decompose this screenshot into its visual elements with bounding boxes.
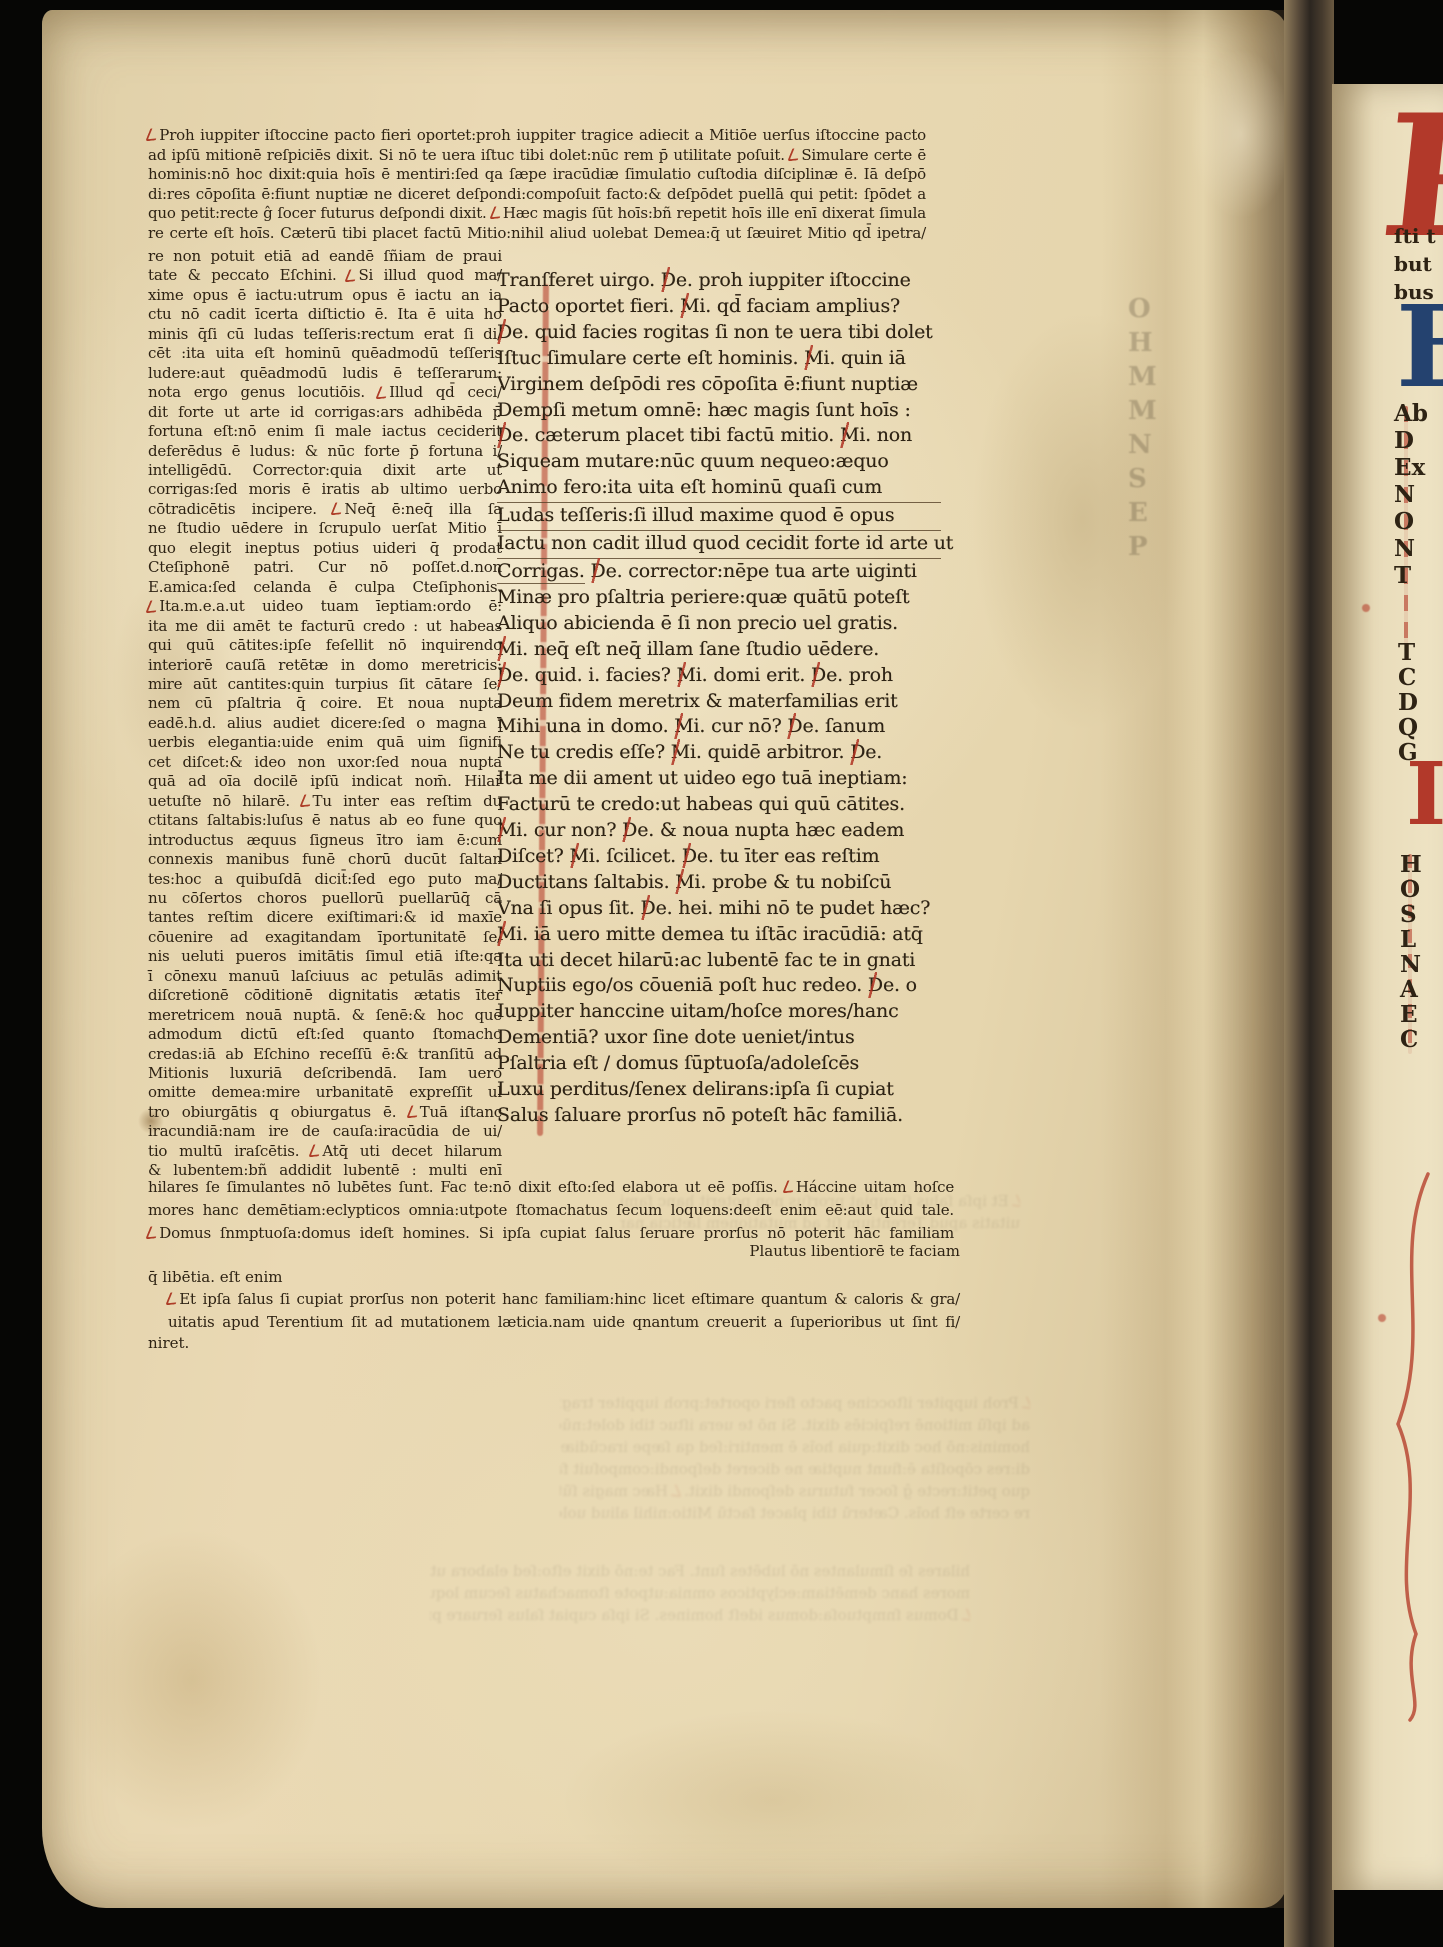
text-line: E [1400,1002,1422,1027]
text-line: Cteſiphonē patri. Cur nō poſſet.d.non [148,558,502,577]
speaker-abbreviation: De. [497,321,529,343]
text-line: Deum fidem meretrix & materfamilias erit [497,689,941,715]
text-line: De. cæterum placet tibi factū mitio. Mi.… [497,423,941,449]
speaker-abbreviation: Mi. [497,819,528,841]
text-line: C [1398,665,1418,690]
commentary-left-column: re non potuit etiā ad eandē ſñiam de pra… [148,247,502,1181]
text-line: D [1394,427,1428,454]
text-line: Ita uti decet hilarū:ac lubentē fac te i… [497,948,941,974]
text-line: Ab [1394,400,1428,427]
speaker-abbreviation: Mi. [671,741,702,763]
text-line: cet diſcet:& ideo non uxor:ſed noua nupt… [148,753,502,772]
text-line: hominis:nō hoc dixit:quia hoīs ē mentiri… [560,1436,1030,1458]
text-line: Dempſi metum omnē: hæc magis ſunt hoīs : [497,398,941,424]
text-line: re certe eſt hoīs. Cæterū tibi placet fa… [560,1502,1030,1524]
showthrough-initials: OHMMNSEP [1128,292,1157,564]
speaker-abbreviation: De. [811,664,843,686]
rubric-paragraph-mark [299,794,314,808]
text-line: hilares ſe ſimulantes nō lubētes ſunt. F… [148,1176,954,1199]
catchline: Plautus libentiorē te faciam [148,1242,960,1260]
text-line: Tranſferet uirgo. De. proh iuppiter iſto… [497,268,941,294]
speaker-abbreviation: De. [591,560,623,582]
speaker-abbreviation: Mi. [675,871,706,893]
text-line: minis q̄ſi cū ludas teſſeris:rectum erat… [148,325,502,344]
speaker-abbreviation: Mi. [804,347,835,369]
speaker-abbreviation: Mi. [674,715,705,737]
text-line: ī cōnexu manuū laſciuus ac petulās adimi… [148,967,502,986]
text-line: Mi. cur non? De. & noua nupta hæc eadem [497,818,941,844]
paper-stain [62,1530,322,1830]
catchline-text: Plautus libentiorē te faciam [749,1242,960,1260]
text-line: diſcretionē cōditionē dignitatis ætatis … [148,986,502,1005]
speaker-abbreviation: De. [497,664,529,686]
text-line: quo petit:recte ĝ ſocer futurus deſpondi… [148,204,926,224]
illuminated-initial-blue: B [1396,292,1443,404]
text-line: Diſcet? Mi. ſcilicet. De. tu īter eas re… [497,844,941,870]
text-line: N [1400,952,1422,977]
text-line: eadē.h.d. alius audiet dicere:ſed o magn… [148,714,502,733]
text-line: De. quid. i. facies? Mi. domi erit. De. … [497,663,941,689]
red-speck [1378,1314,1386,1322]
text-line: qui quū cātites:ipſe feſellit nō inquire… [148,636,502,655]
text-line: connexis manibus funē chorū ducūt ſaltan [148,850,502,869]
text-line: Proh iuppiter iſtoccine pacto fieri opor… [560,1392,1030,1414]
speaker-abbreviation: De. [787,715,819,737]
closing-block: Et ipſa ſalus ſi cupiat prorſus non pote… [168,1288,960,1334]
text-line: ſti t [1394,222,1436,250]
text-line: uitatis apud Terentium ſit ad mutationem… [168,1311,960,1334]
text-line: M [1128,394,1157,428]
text-line: S [1128,462,1157,496]
text-line: ne ſtudio uēdere in ſcrupulo uerſat Miti… [148,519,502,538]
speaker-abbreviation: De. [682,845,714,867]
speaker-abbreviation: De. [661,269,693,291]
text-line: re non potuit etiā ad eandē ſñiam de pra… [148,247,502,266]
red-pen-flourish [1332,1164,1443,1724]
text-line: di:res cōpoſita ē:fiunt nuptiæ ne dicere… [560,1458,1030,1480]
text-line: N [1128,428,1157,462]
speaker-abbreviation: Mi. [497,638,528,660]
text-line: mire aūt cantites:quin turpius ſit cātar… [148,675,502,694]
text-line: hilares ſe ſimulantes nō lubētes ſunt. F… [430,1560,970,1582]
text-line: De. quid facies rogitas ſi non te uera t… [497,320,941,346]
rubric-paragraph-mark [1017,1396,1030,1410]
text-line: Minæ pro pſaltria periere:quæ quātū pote… [497,585,941,611]
text-line: H [1400,852,1422,877]
text-line: M [1128,360,1157,394]
rubric-paragraph-mark [667,1484,682,1498]
text-line: E.amica:ſed celanda ē culpa Cteſiphonis. [148,578,502,597]
text-line: uerbis elegantia:uide enim quā uim ſigni… [148,733,502,752]
rubric-paragraph-mark [145,1226,160,1240]
text-line: O [1400,877,1422,902]
rubric-paragraph-mark [145,128,160,142]
text-line: Facturū te credo:ut habeas qui quū cātit… [497,792,941,818]
text-line: N [1394,481,1428,508]
facing-capital-column: AbDExNONT [1394,400,1428,589]
text-line: mores hanc demētiam:eclypticos omnia:utp… [148,1199,954,1222]
text-line: D [1398,690,1418,715]
text-line: ad ipſū mitionē reſpiciēs dixit. Si nō t… [148,146,926,166]
rubric-paragraph-mark [1007,1194,1020,1208]
text-line: Siqueam mutare:nūc quum nequeo:æquo [497,449,941,475]
text-line: Animo fero:ita uita eſt hominū quaſi cum [497,475,941,503]
text-line: mores hanc demētiam:eclypticos omnia:utp… [430,1582,970,1604]
text-line: Ne tu credis eſſe? Mi. quidē arbitror. D… [497,740,941,766]
rubric-paragraph-mark [787,147,802,161]
text-line: Pſaltria eſt / domus ſūptuoſa/adoleſcēs [497,1051,941,1077]
text-line: L [1400,927,1422,952]
text-line: Aliquo abicienda ē ſi non precio uel gra… [497,611,941,637]
text-line: Ludas teſſeris:ſi illud maxime quod ē op… [497,503,941,531]
red-speck [1362,604,1370,612]
speaker-abbreviation: De. [622,819,654,841]
text-line: O [1128,292,1157,326]
corner-fold-highlight [1122,50,1292,330]
rubric-paragraph-mark [345,268,360,282]
text-line: quā ad oīa docilē ipſū indicat nom̄. Hil… [148,772,502,791]
text-line: Q [1398,715,1418,740]
text-line: Luxu perditus/ſenex delirans:ipſa ſi cup… [497,1077,941,1103]
rubric-paragraph-mark [489,206,504,220]
text-line: cōtradicētis incipere. Neq̄ ē:neq̄ illa … [148,500,502,519]
text-line: A [1400,977,1422,1002]
text-line: iracundiā:nam ire de cauſa:iracūdia de u… [148,1122,502,1141]
rubric-paragraph-mark [782,1180,797,1194]
text-line: hominis:nō hoc dixit:quia hoīs ē mentiri… [148,165,926,185]
text-line: Mitionis luxuriā deſcribendā. Iam uero [148,1064,502,1083]
text-line: Ita.m.e.a.ut uideo tuam īeptiam:ordo ē: [148,597,502,616]
text-line: Ita me dii ament ut uideo ego tuā inepti… [497,766,941,792]
text-line: Mi. iā uero mitte demea tu iſtāc iracūdi… [497,922,941,948]
text-line: nis ueluti pueros imitātis ſimul etiā iſ… [148,947,502,966]
text-line: Vna ſi opus ſit. De. hei. mihi nō te pud… [497,896,941,922]
text-line: corrigas:ſed moris ē iratis ab ultimo ue… [148,480,502,499]
text-line: tes:hoc a quibuſdā dicit̄:ſed ego puto m… [148,870,502,889]
speaker-abbreviation: Mi. [840,424,871,446]
text-line: Salus ſaluare prorſus nō poteſt hāc fami… [497,1103,941,1129]
text-line: Ex [1394,454,1428,481]
speaker-abbreviation: Mi. [677,664,708,686]
text-line: tate & peccato Eſchini. Si illud quod ma… [148,266,502,285]
showthrough-text: Proh iuppiter iſtoccine pacto fieri opor… [560,1392,1030,1562]
text-line: deferēdus ē ludus: & nūc forte p̄ fortun… [148,442,502,461]
text-line: introductus æquus ſigneus ītro iam ē:cum [148,831,502,850]
text-line: di:res cōpoſita ē:fiunt nuptiæ ne dicere… [148,185,926,205]
text-line: ctitans ſaltabis:luſus ē natus ab eo fun… [148,811,502,830]
text-line: omitte demea:mire urbanitatē expreſſit u… [148,1083,502,1102]
text-line: tantes reſtim dicere exiſtimari:& id max… [148,908,502,927]
text-line: Virginem deſpōdi res cōpoſita ē:fiunt nu… [497,372,941,398]
rubric-paragraph-mark [145,599,160,613]
text-line: tio multū iraſcētis. Atq̄ uti decet hila… [148,1142,502,1161]
text-line: Mihi una in domo. Mi. cur nō? De. ſanum [497,714,941,740]
commentary-top-block: Proh iuppiter iſtoccine pacto fieri opor… [148,126,926,243]
text-line: fortuna eſt:nō enim ſi male iactus cecid… [148,422,502,441]
text-line: Mi. neq̄ eſt neq̄ illam ſane ſtudio uēde… [497,637,941,663]
text-line: Ductitans ſaltabis. Mi. probe & tu nobiſ… [497,870,941,896]
text-line: Corrigas. De. corrector:nēpe tua arte ui… [497,559,941,585]
text-line: tro obiurgātis q obiurgatus ē. Tuā iſtan… [148,1103,502,1122]
illuminated-initial-red: I [1406,752,1443,838]
text-line: cēt :ita uita eſt hominū quēadmodū teſſe… [148,344,502,363]
text-line: interiorē cauſā retētæ in domo meretrici… [148,656,502,675]
text-line: ludere:aut quēadmodū ludis ē teſſerarum: [148,364,502,383]
short-line: q̄ libētia. eſt enim [148,1268,283,1286]
closing-last-word: niret. [148,1334,189,1352]
text-line: H [1128,326,1157,360]
speaker-abbreviation: Mi. [497,923,528,945]
text-line: quo elegit ineptus potius uideri q̄ prod… [148,539,502,558]
text-line: nu cōſertos choros puellorū puellarūq̄ c… [148,889,502,908]
text-line: ad ipſū mitionē reſpiciēs dixit. Si nō t… [560,1414,1030,1436]
text-line: but [1394,250,1436,278]
text-line: ctu nō cadit īcerta diſtictio ē. Ita ē u… [148,305,502,324]
rubric-paragraph-mark [375,385,390,399]
closing-last-word-text: niret. [148,1334,189,1352]
text-line: Iſtuc ſimulare certe eſt hominis. Mi. qu… [497,346,941,372]
text-line: Et ipſa ſalus ſi cupiat prorſus non pote… [168,1288,960,1311]
main-text-column: Tranſferet uirgo. De. proh iuppiter iſto… [497,268,941,1129]
text-line: Iactu non cadit illud quod cecidit forte… [497,531,941,559]
text-line: T [1398,640,1418,665]
text-line: E [1128,496,1157,530]
text-line: re certe eſt hoīs. Cæterū tibi placet fa… [148,224,926,244]
paper-stain [562,1710,982,1890]
text-line: meretricem nouā nuptā. & ſenē:& hoc quē [148,1006,502,1025]
text-line: admodum dictū eſt:ſed quanto ſtomacho [148,1025,502,1044]
speaker-abbreviation: Mi. [570,845,601,867]
text-line: dit forte ut arte id corrigas:ars adhibē… [148,403,502,422]
speaker-abbreviation: Mi. [680,295,711,317]
text-line: intelligēdū. Corrector:quia dixit arte u… [148,461,502,480]
speaker-abbreviation: De. [868,974,900,996]
text-line: uetuſte nō hilarē. Tu inter eas reſtim d… [148,792,502,811]
short-line-text: q̄ libētia. eſt enim [148,1268,283,1286]
text-line: N [1394,535,1428,562]
text-line: Pacto oportet fieri. Mi. qd̄ faciam ampl… [497,294,941,320]
text-line: Domus ſnmptuoſa:domus ideſt homines. Si … [430,1604,970,1626]
facing-page-sliver: P ſti tbutbus B AbDExNONT TCDQG I HOSLNA… [1332,84,1443,1890]
text-line: xime opus ē iactu:utrum opus ē iactu an … [148,286,502,305]
rubric-paragraph-mark [957,1608,970,1622]
binding-gutter [1284,0,1334,1947]
rubric-paragraph-mark [165,1292,180,1306]
commentary-bottom-block: hilares ſe ſimulantes nō lubētes ſunt. F… [148,1176,954,1245]
text-line: ita me dii amēt te facturū credo : ut ha… [148,617,502,636]
text-line: cōuenire ad exagitandam īportunitatē ſe/ [148,928,502,947]
facing-capital-column: HOSLNAEC [1400,852,1422,1052]
text-line: credas:iā ab Eſchino receſſū ē:& tranſit… [148,1045,502,1064]
text-line: Proh iuppiter iſtoccine pacto fieri opor… [148,126,926,146]
text-line: C [1400,1027,1422,1052]
text-line: Dementiā? uxor ſine dote ueniet/intus [497,1025,941,1051]
text-line: Iuppiter hanccine uitam/hoſce mores/hanc [497,999,941,1025]
rubric-paragraph-mark [331,502,346,516]
text-line: S [1400,902,1422,927]
speaker-abbreviation: De. [497,424,529,446]
rubric-paragraph-mark [309,1144,324,1158]
speaker-abbreviation: De. [850,741,882,763]
text-line: nem cū pſaltria q̄ coire. Et noua nupta [148,694,502,713]
book-photo: Proh iuppiter iſtoccine pacto fieri opor… [0,0,1443,1947]
text-line: T [1394,562,1428,589]
text-line: P [1128,530,1157,564]
showthrough-text: hilares ſe ſimulantes nō lubētes ſunt. F… [430,1560,970,1680]
speaker-abbreviation: De. [641,897,673,919]
text-line: O [1394,508,1428,535]
text-line: Nuptiis ego/os cōueniā poſt huc redeo. D… [497,973,941,999]
rubric-paragraph-mark [406,1105,421,1119]
text-line: nota ergo genus locutiōis. Illud qd̄ cec… [148,383,502,402]
text-line: quo petit:recte ĝ ſocer futurus deſpondi… [560,1480,1030,1502]
